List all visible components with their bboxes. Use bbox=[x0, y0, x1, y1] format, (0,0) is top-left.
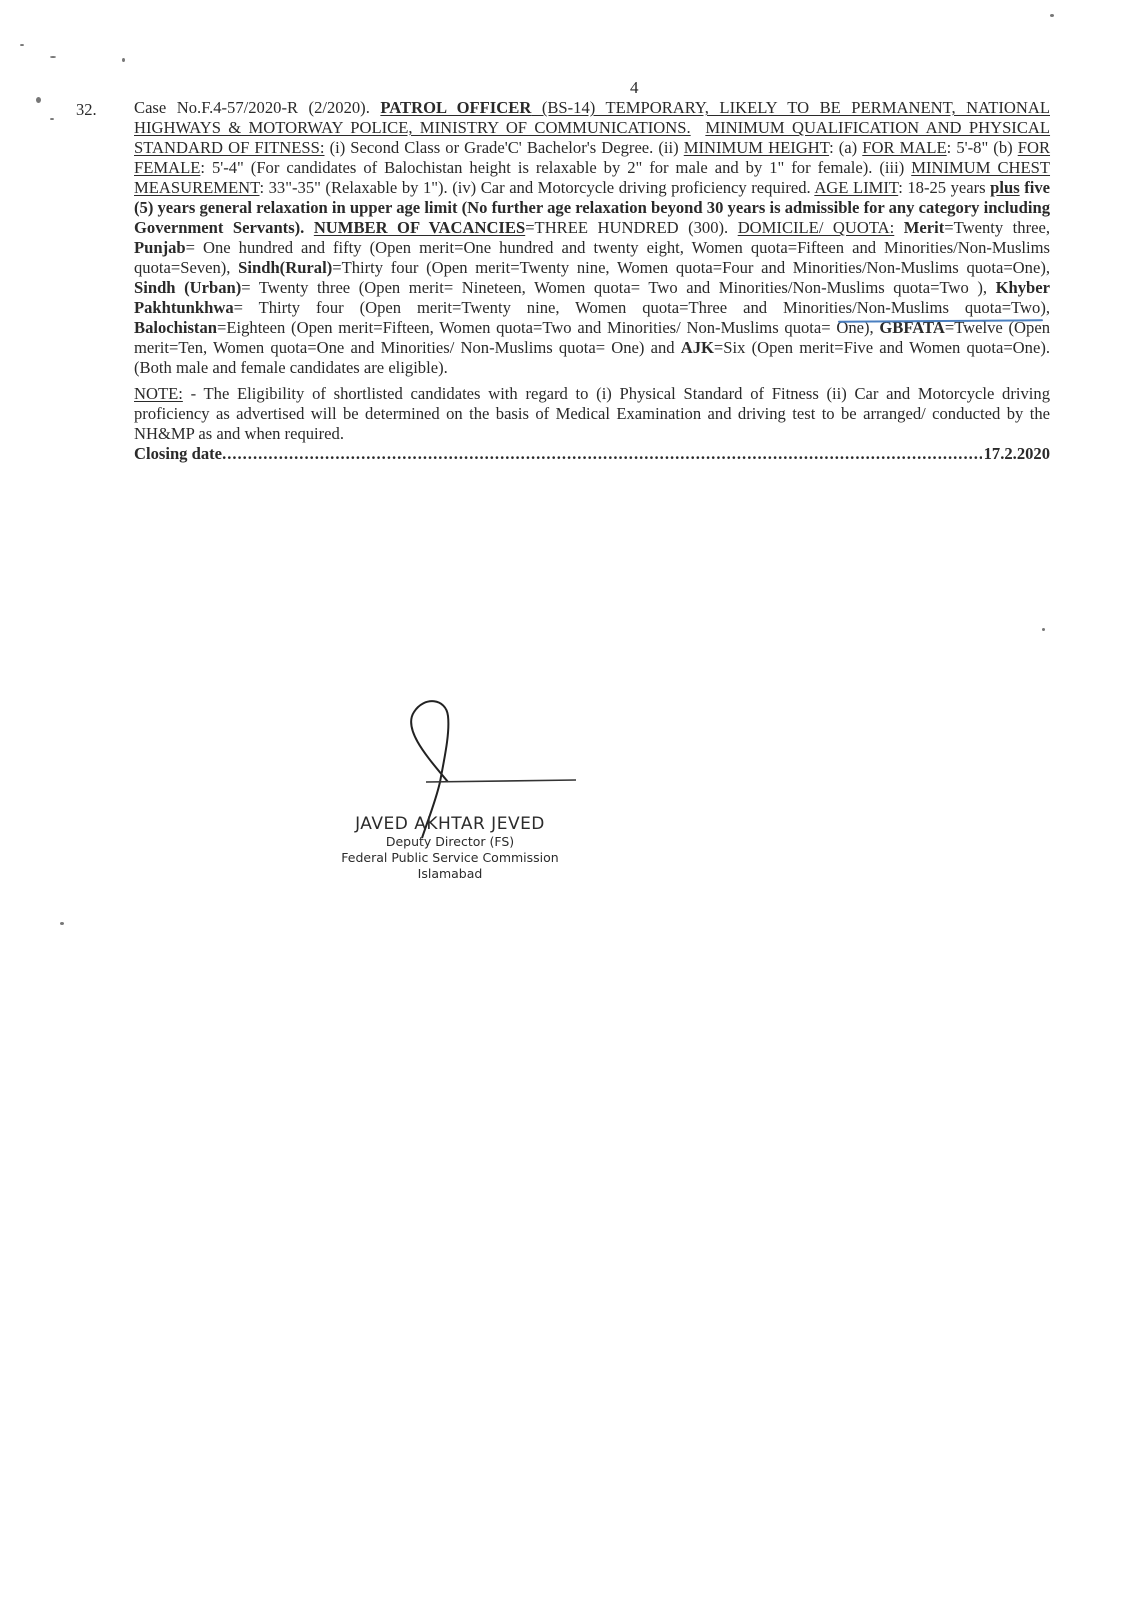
advertisement-paragraph: Case No.F.4-57/2020-R (2/2020). PATROL O… bbox=[134, 98, 1050, 378]
signatory-block: JAVED AKHTAR JEVED Deputy Director (FS) … bbox=[300, 814, 600, 882]
age-limit-label: AGE LIMIT bbox=[814, 178, 898, 197]
signatory-organization: Federal Public Service Commission bbox=[300, 850, 600, 866]
separator: : (a) bbox=[829, 138, 862, 157]
page-number: 4 bbox=[630, 78, 639, 98]
vacancies-label: NUMBER OF VACANCIES bbox=[314, 218, 525, 237]
male-value: : 5'-8" (b) bbox=[947, 138, 1018, 157]
quota-text: = Twenty three (Open merit= Nineteen, Wo… bbox=[241, 278, 995, 297]
quota-region: Balochistan bbox=[134, 318, 217, 337]
quota-region: Sindh(Rural) bbox=[238, 258, 332, 277]
item-number: 32. bbox=[76, 100, 97, 120]
case-number: Case No.F.4-57/2020-R (2/2020). bbox=[134, 98, 380, 117]
quota-region: Merit bbox=[904, 218, 945, 237]
signatory-city: Islamabad bbox=[300, 866, 600, 882]
leader-dots bbox=[222, 444, 982, 464]
closing-date-label: Closing date bbox=[134, 444, 222, 464]
min-height-label: MINIMUM HEIGHT bbox=[684, 138, 829, 157]
quota-text: =Eighteen (Open merit=Fifteen, Women quo… bbox=[217, 318, 879, 337]
quota-text: =Twenty three, bbox=[944, 218, 1050, 237]
domicile-label: DOMICILE/ QUOTA: bbox=[738, 218, 895, 237]
signatory-name: JAVED AKHTAR JEVED bbox=[300, 814, 600, 834]
closing-date-row: Closing date 17.2.2020 bbox=[134, 444, 1050, 464]
note-paragraph: NOTE: - The Eligibility of shortlisted c… bbox=[134, 384, 1050, 444]
chest-value: : 33"-35" (Relaxable by 1"). (iv) Car an… bbox=[259, 178, 814, 197]
female-value: : 5'-4" (For candidates of Balochistan h… bbox=[200, 158, 911, 177]
age-plus: plus bbox=[990, 178, 1020, 197]
quota-list: Merit=Twenty three, Punjab= One hundred … bbox=[134, 218, 1050, 377]
quota-region: AJK bbox=[681, 338, 714, 357]
advertisement-body: Case No.F.4-57/2020-R (2/2020). PATROL O… bbox=[134, 98, 1050, 464]
quota-region: Punjab bbox=[134, 238, 186, 257]
quota-text: = Thirty four (Open merit=Twenty nine, W… bbox=[234, 298, 1050, 317]
closing-date-value: 17.2.2020 bbox=[984, 444, 1050, 464]
post-title: PATROL OFFICER bbox=[380, 98, 531, 117]
quota-region: Sindh (Urban) bbox=[134, 278, 241, 297]
qualification-text: (i) Second Class or Grade'C' Bachelor's … bbox=[324, 138, 683, 157]
quota-text: =Thirty four (Open merit=Twenty nine, Wo… bbox=[332, 258, 1050, 277]
age-limit-value: : 18-25 years bbox=[898, 178, 990, 197]
male-label: FOR MALE bbox=[862, 138, 946, 157]
signatory-designation: Deputy Director (FS) bbox=[300, 834, 600, 850]
note-text: - The Eligibility of shortlisted candida… bbox=[134, 384, 1050, 443]
note-label: NOTE: bbox=[134, 384, 183, 403]
vacancies-value: =THREE HUNDRED (300). bbox=[525, 218, 738, 237]
